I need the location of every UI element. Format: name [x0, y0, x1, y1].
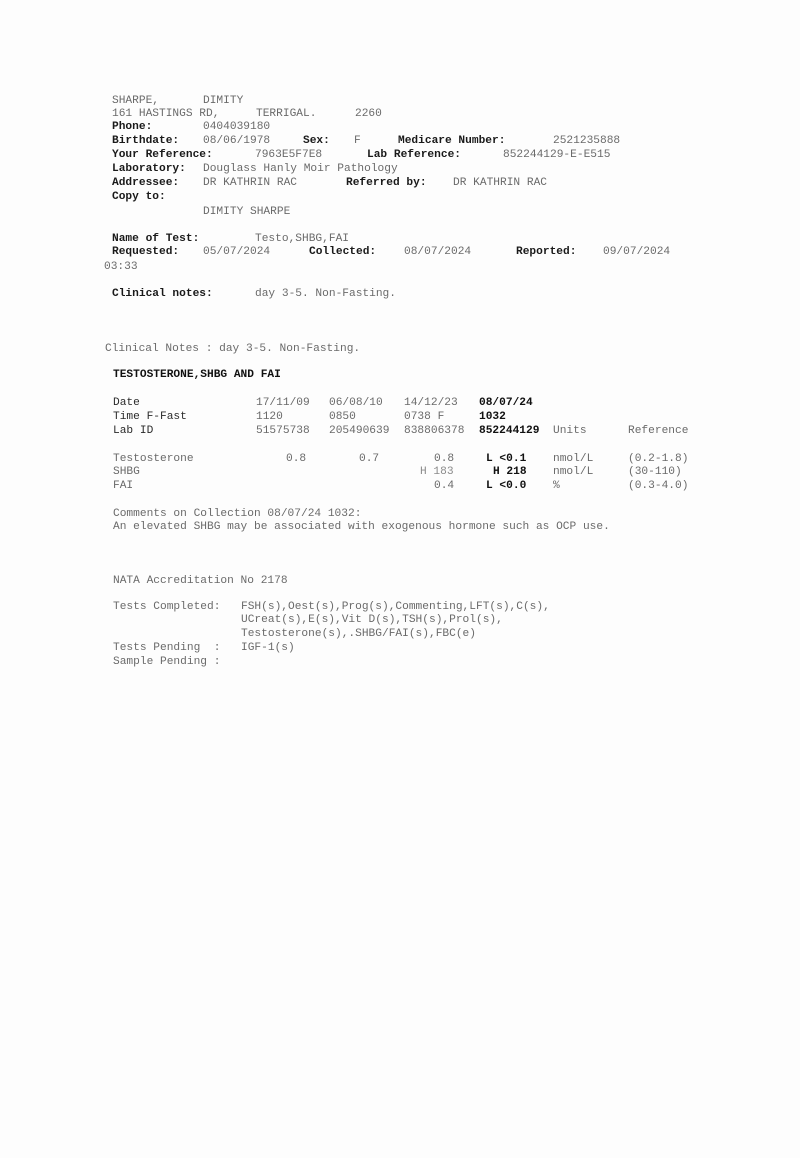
birthdate-label: Birthdate:	[112, 135, 179, 148]
col4-lab-id: 852244129	[479, 425, 539, 438]
patient-given-name: DIMITY	[203, 95, 243, 108]
clinical-notes-line: Clinical Notes : day 3-5. Non-Fasting.	[105, 343, 360, 356]
laboratory-value: Douglass Hanly Moir Pathology	[203, 163, 398, 176]
your-reference-label: Your Reference:	[112, 149, 213, 162]
result-units: %	[553, 480, 560, 493]
result-reference: (0.3-4.0)	[628, 480, 688, 493]
requested-label: Requested:	[112, 246, 179, 259]
result-reference: (30-110)	[628, 466, 682, 479]
test-name-value: Testo,SHBG,FAI	[255, 233, 349, 246]
col1-date: 17/11/09	[256, 397, 310, 410]
row-label-time: Time F-Fast	[113, 411, 187, 424]
sex-label: Sex:	[303, 135, 330, 148]
result-units: nmol/L	[553, 466, 593, 479]
copy-to-label: Copy to:	[112, 191, 166, 204]
reported-time: 03:33	[104, 261, 138, 274]
row-label-lab-id: Lab ID	[113, 425, 153, 438]
phone-label: Phone:	[112, 121, 152, 134]
reported-label: Reported:	[516, 246, 576, 259]
tests-completed-line: UCreat(s),E(s),Vit D(s),TSH(s),Prol(s),	[241, 614, 503, 627]
address-suburb: TERRIGAL.	[256, 108, 316, 121]
col4-date: 08/07/24	[479, 397, 533, 410]
tests-completed-label: Tests Completed:	[113, 601, 220, 614]
your-reference-value: 7963E5F7E8	[255, 149, 322, 162]
address-postcode: 2260	[355, 108, 382, 121]
col2-time: 0850	[329, 411, 356, 424]
collected-label: Collected:	[309, 246, 376, 259]
clinical-notes-label: Clinical notes:	[112, 288, 213, 301]
referred-by-label: Referred by:	[346, 177, 427, 190]
medicare-label: Medicare Number:	[398, 135, 505, 148]
test-name-label: Name of Test:	[112, 233, 199, 246]
result-value: 0.4	[434, 480, 454, 493]
addressee-label: Addressee:	[112, 177, 179, 190]
birthdate-value: 08/06/1978	[203, 135, 270, 148]
referred-by-value: DR KATHRIN RAC	[453, 177, 547, 190]
tests-pending-value: IGF-1(s)	[241, 642, 295, 655]
result-value-current: H 218	[493, 466, 527, 479]
units-header: Units	[553, 425, 587, 438]
result-reference: (0.2-1.8)	[628, 453, 688, 466]
row-label-date: Date	[113, 397, 140, 410]
sex-value: F	[354, 135, 361, 148]
tests-completed-line: Testosterone(s),.SHBG/FAI(s),FBC(e)	[241, 628, 476, 641]
col1-lab-id: 51575738	[256, 425, 310, 438]
result-name: SHBG	[113, 466, 140, 479]
result-name: FAI	[113, 480, 133, 493]
result-value: 0.8	[286, 453, 306, 466]
col3-time: 0738 F	[404, 411, 444, 424]
tests-completed-line: FSH(s),Oest(s),Prog(s),Commenting,LFT(s)…	[241, 601, 550, 614]
result-name: Testosterone	[113, 453, 194, 466]
sample-pending-label: Sample Pending :	[113, 656, 220, 669]
result-value-current: L <0.0	[486, 480, 526, 493]
collected-value: 08/07/2024	[404, 246, 471, 259]
address-street: 161 HASTINGS RD,	[112, 108, 219, 121]
patient-surname: SHARPE,	[112, 95, 159, 108]
nata-accreditation: NATA Accreditation No 2178	[113, 575, 288, 588]
col1-time: 1120	[256, 411, 283, 424]
clinical-notes-value: day 3-5. Non-Fasting.	[255, 288, 396, 301]
result-value: 0.8	[434, 453, 454, 466]
medicare-value: 2521235888	[553, 135, 620, 148]
col4-time: 1032	[479, 411, 506, 424]
reported-value: 09/07/2024	[603, 246, 670, 259]
lab-reference-value: 852244129-E-E515	[503, 149, 610, 162]
comment-text: An elevated SHBG may be associated with …	[113, 521, 610, 534]
comment-heading: Comments on Collection 08/07/24 1032:	[113, 508, 361, 521]
requested-value: 05/07/2024	[203, 246, 270, 259]
addressee-value: DR KATHRIN RAC	[203, 177, 297, 190]
col3-lab-id: 838806378	[404, 425, 464, 438]
col2-lab-id: 205490639	[329, 425, 389, 438]
lab-reference-label: Lab Reference:	[367, 149, 461, 162]
phone-value: 0404039180	[203, 121, 270, 134]
col2-date: 06/08/10	[329, 397, 383, 410]
col3-date: 14/12/23	[404, 397, 458, 410]
result-value: H 183	[420, 466, 454, 479]
reference-header: Reference	[628, 425, 688, 438]
result-value: 0.7	[359, 453, 379, 466]
result-units: nmol/L	[553, 453, 593, 466]
section-title: TESTOSTERONE,SHBG AND FAI	[113, 369, 281, 382]
tests-pending-label: Tests Pending :	[113, 642, 220, 655]
result-value-current: L <0.1	[486, 453, 526, 466]
copy-to-value: DIMITY SHARPE	[203, 206, 290, 219]
laboratory-label: Laboratory:	[112, 163, 186, 176]
